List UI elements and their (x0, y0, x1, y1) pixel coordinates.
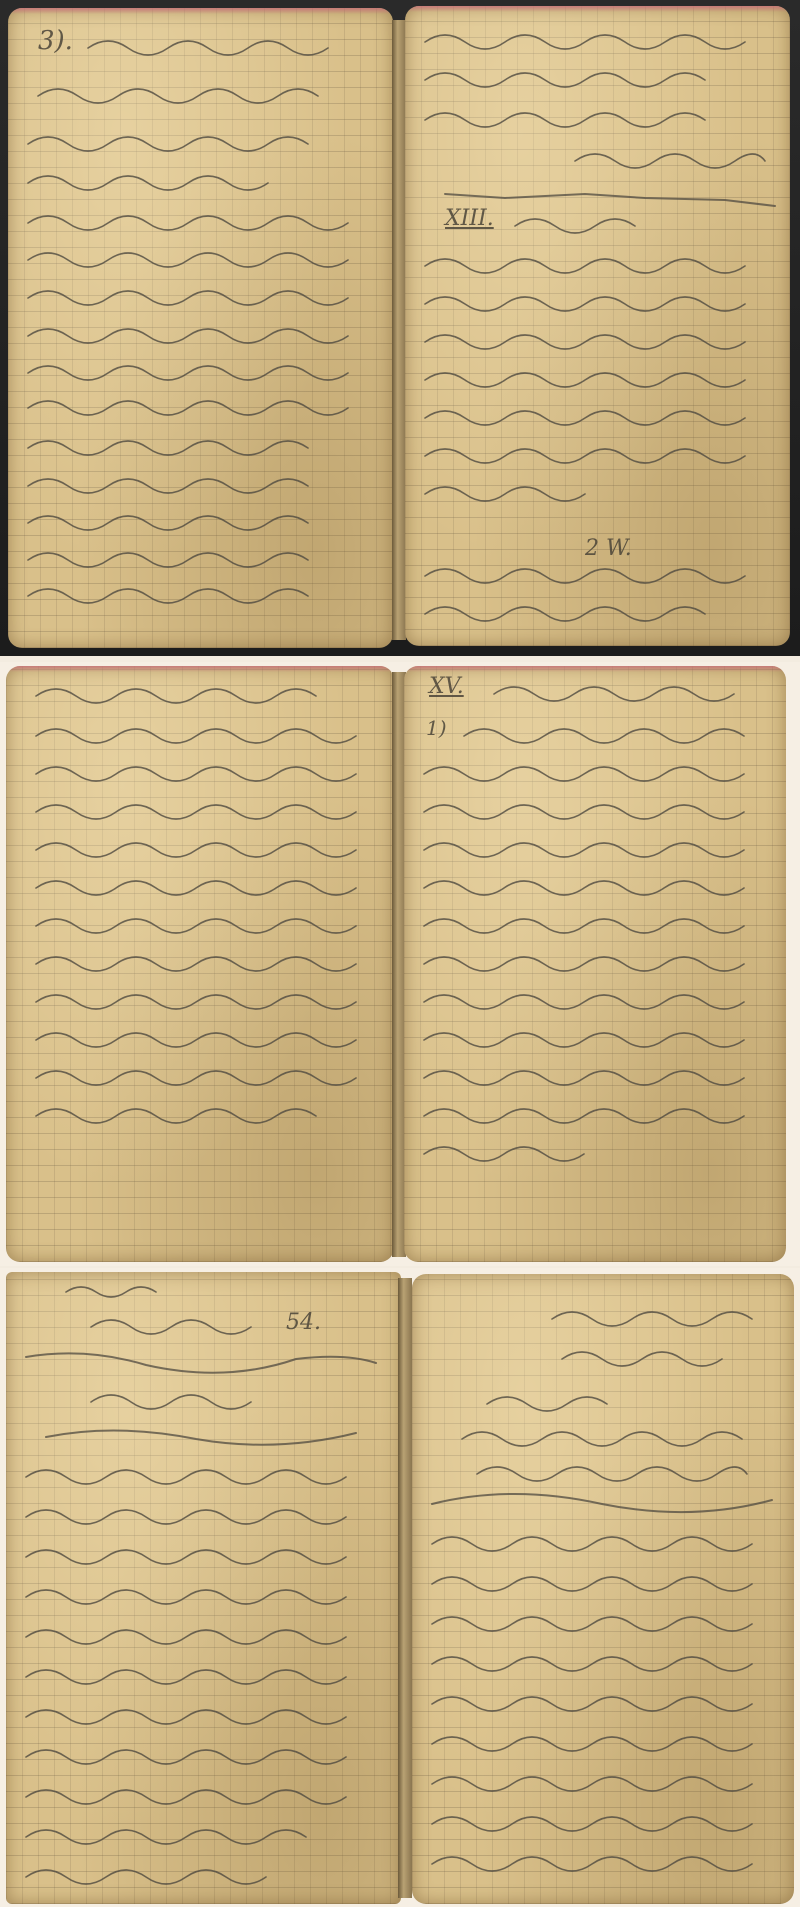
notebook-spread-1: 3). XIII. 2 W. (0, 0, 800, 656)
handwriting-lines (404, 666, 786, 1262)
handwriting-lines (6, 666, 394, 1262)
handwriting-lines (6, 1272, 401, 1904)
spread-3-right-page (412, 1274, 794, 1904)
handwriting-lines (8, 8, 393, 648)
spread-3-left-page: 54. (6, 1272, 401, 1904)
handwriting-lines (412, 1274, 794, 1904)
book-spine (392, 20, 406, 640)
handwriting-lines (405, 6, 790, 646)
spread-2-left-page (6, 666, 394, 1262)
spread-1-left-page: 3). (8, 8, 393, 648)
spread-2-right-page: XV. 1) (404, 666, 786, 1262)
notebook-spread-3: 54. (0, 1268, 800, 1907)
spread-1-right-page: XIII. 2 W. (405, 6, 790, 646)
notebook-spread-2: XV. 1) (0, 662, 800, 1266)
book-spine (398, 1278, 412, 1898)
